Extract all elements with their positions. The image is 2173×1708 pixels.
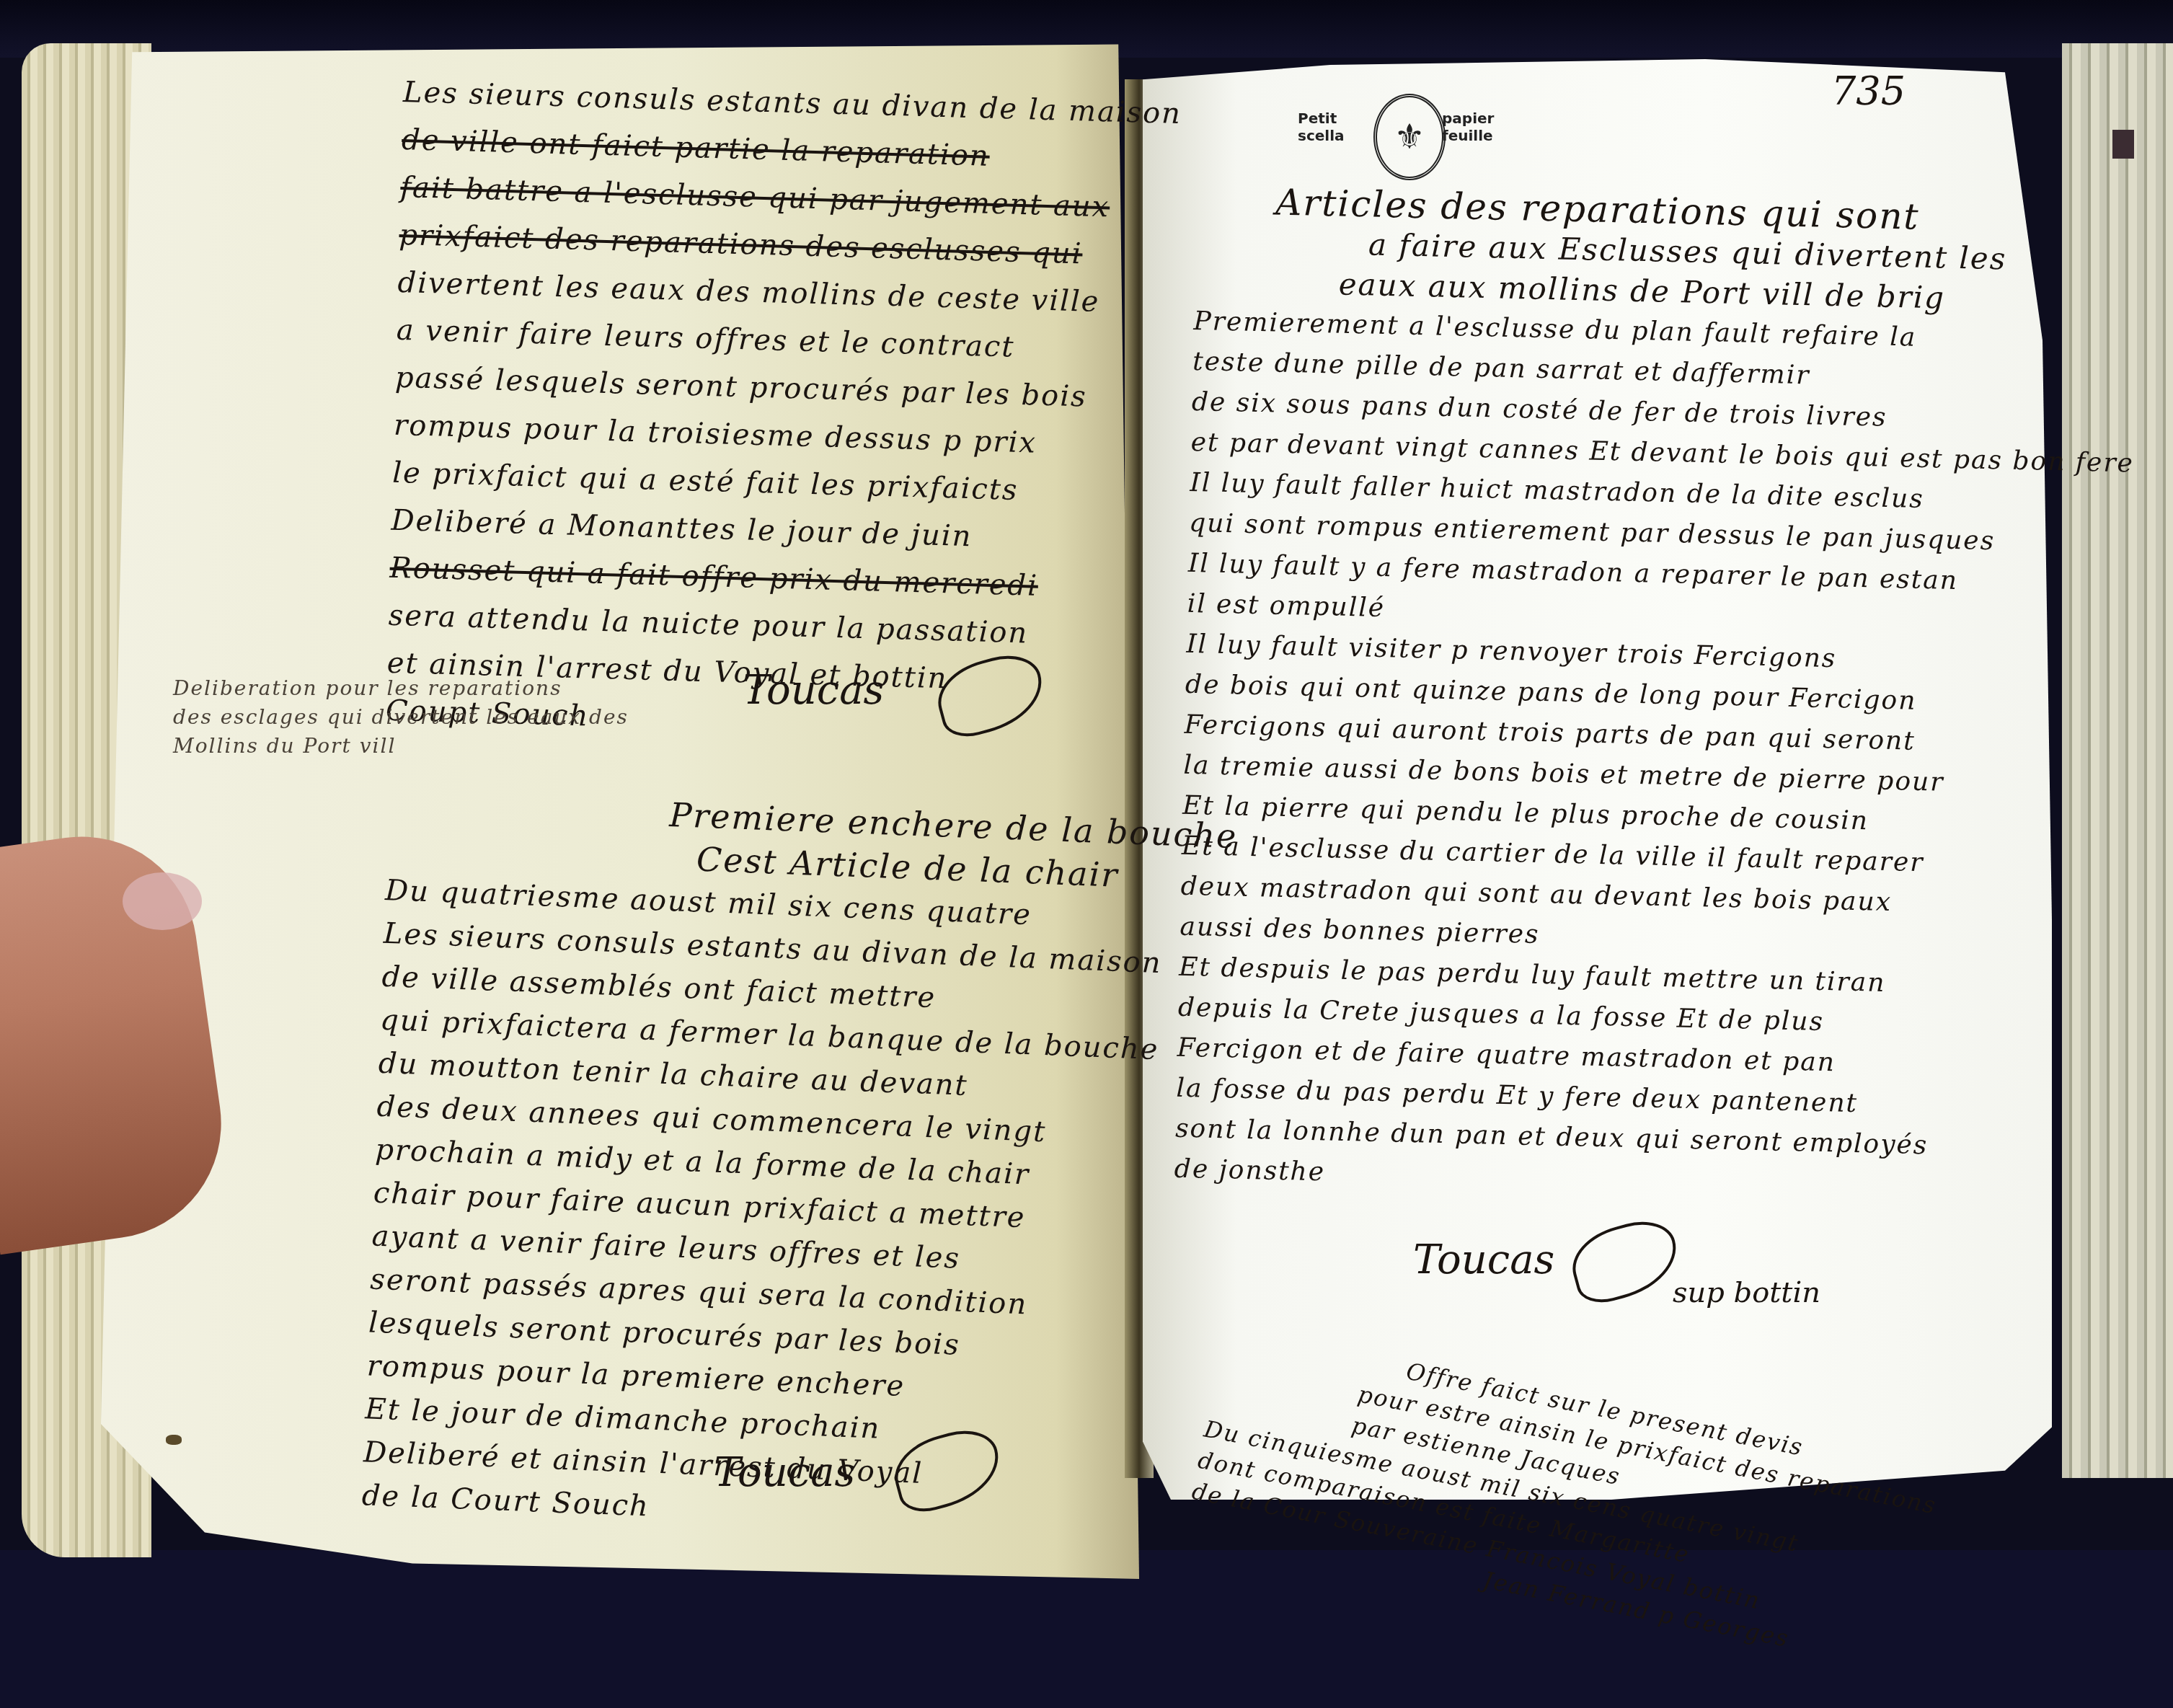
stamp-right-text: papier feuille xyxy=(1442,110,1494,144)
ink-blot xyxy=(166,1435,182,1445)
left-page-top-entry: Les sieurs consuls estants au divan de l… xyxy=(385,68,1124,755)
stamp-left-text: Petit scella xyxy=(1298,110,1345,144)
fleur-de-lis-icon: ⚜ xyxy=(1373,94,1446,180)
margin-note-line: Mollins du Port vill xyxy=(173,732,678,761)
thumbnail xyxy=(123,872,202,930)
signature-toucas: Toucas xyxy=(714,1449,855,1496)
margin-note-line: des esclages qui divertent les eaux des xyxy=(173,703,678,732)
right-page-stack-edge xyxy=(2062,43,2173,1478)
right-page-entry: Articles des reparations qui sont a fair… xyxy=(1174,180,2047,1208)
signature-toucas: Toucas xyxy=(1413,1236,1554,1283)
tax-stamp: Petit scella ⚜ papier feuille xyxy=(1298,94,1471,173)
left-page-second-entry: Premiere enchere de la bouche Cest Artic… xyxy=(361,782,1124,1545)
margin-note-line: Deliberation pour les reparations xyxy=(173,674,678,703)
folio-number: 735 xyxy=(1831,68,1906,114)
signature-toucas: Toucas xyxy=(743,667,884,714)
margin-note: Deliberation pour les reparations des es… xyxy=(173,674,678,761)
paper-stain xyxy=(2112,130,2134,159)
signature-suffix: sup bottin xyxy=(1673,1276,1820,1309)
